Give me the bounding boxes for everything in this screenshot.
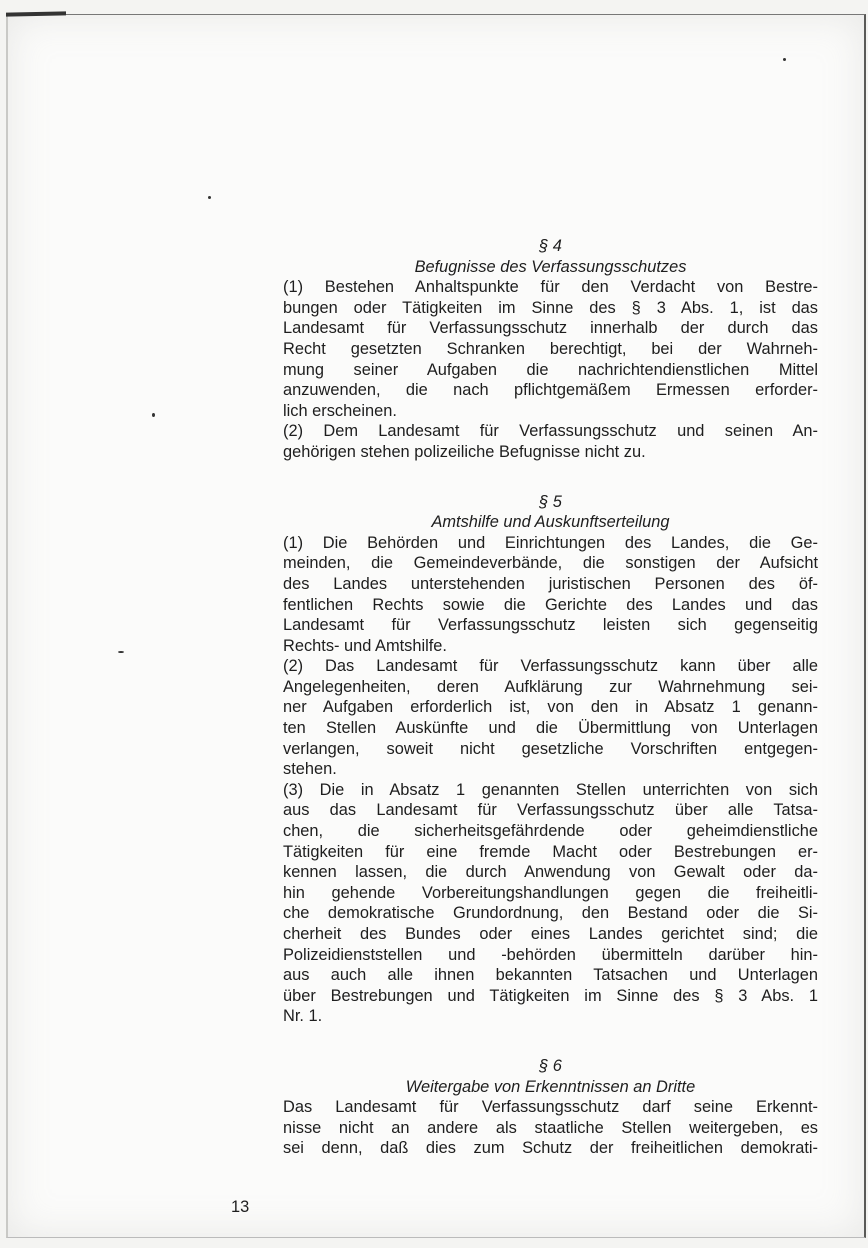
text-line: meinden, die Gemeindeverbände, die sonst… bbox=[283, 553, 818, 574]
text-line: Rechts- und Amtshilfe. bbox=[283, 636, 818, 657]
text-line: anzuwenden, die nach pflichtgemäßem Erme… bbox=[283, 380, 818, 401]
text-line: chen, die sicherheitsgefährdende oder ge… bbox=[283, 821, 818, 842]
scan-speck bbox=[152, 413, 155, 417]
text-line: sei denn, daß dies zum Schutz der freihe… bbox=[283, 1138, 818, 1159]
section-gap bbox=[283, 463, 818, 492]
section-5: § 5 Amtshilfe und Auskunftserteilung (1)… bbox=[283, 492, 818, 1027]
text-line: über Bestrebungen und Tätigkeiten im Sin… bbox=[283, 986, 818, 1007]
scan-speck bbox=[783, 58, 786, 61]
section-title: Weitergabe von Erkenntnissen an Dritte bbox=[283, 1077, 818, 1098]
text-line: (1) Bestehen Anhaltspunkte für den Verda… bbox=[283, 277, 818, 298]
text-line: fentlichen Rechts sowie die Gerichte des… bbox=[283, 595, 818, 616]
document-body: § 4 Befugnisse des Verfassungsschutzes (… bbox=[283, 236, 818, 1159]
text-line: gehörigen stehen polizeiliche Befugnisse… bbox=[283, 442, 818, 463]
text-line: Landesamt für Verfassungsschutz innerhal… bbox=[283, 318, 818, 339]
text-line: verlangen, soweit nicht gesetzliche Vors… bbox=[283, 739, 818, 760]
text-line: hin gehende Vorbereitungshandlungen gege… bbox=[283, 883, 818, 904]
text-line: kennen lassen, die durch Anwendung von G… bbox=[283, 862, 818, 883]
text-line: cherheit des Bundes oder eines Landes ge… bbox=[283, 924, 818, 945]
text-line: Das Landesamt für Verfassungsschutz darf… bbox=[283, 1097, 818, 1118]
text-line: (2) Das Landesamt für Verfassungsschutz … bbox=[283, 656, 818, 677]
text-line: ner Aufgaben erforderlich ist, von den i… bbox=[283, 697, 818, 718]
text-line: aus auch alle ihnen bekannten Tatsachen … bbox=[283, 965, 818, 986]
section-sign: § 4 bbox=[283, 236, 818, 257]
text-line: Nr. 1. bbox=[283, 1006, 818, 1027]
text-line: ten Stellen Auskünfte und die Übermittlu… bbox=[283, 718, 818, 739]
text-line: Angelegenheiten, deren Aufklärung zur Wa… bbox=[283, 677, 818, 698]
text-line: (1) Die Behörden und Einrichtungen des L… bbox=[283, 533, 818, 554]
text-line: lich erscheinen. bbox=[283, 401, 818, 422]
scan-speck bbox=[118, 651, 124, 653]
section-sign: § 6 bbox=[283, 1056, 818, 1077]
section-gap bbox=[283, 1027, 818, 1056]
text-line: des Landes unterstehenden juristischen P… bbox=[283, 574, 818, 595]
section-sign: § 5 bbox=[283, 492, 818, 513]
section-title: Befugnisse des Verfassungsschutzes bbox=[283, 257, 818, 278]
text-line: mung seiner Aufgaben die nachrichtendien… bbox=[283, 360, 818, 381]
text-line: stehen. bbox=[283, 759, 818, 780]
text-line: Recht gesetzten Schranken berechtigt, be… bbox=[283, 339, 818, 360]
text-line: Polizeidienststellen und -behörden überm… bbox=[283, 945, 818, 966]
text-line: (3) Die in Absatz 1 genannten Stellen un… bbox=[283, 780, 818, 801]
scan-speck bbox=[208, 196, 211, 199]
text-line: bungen oder Tätigkeiten im Sinne des § 3… bbox=[283, 298, 818, 319]
section-6: § 6 Weitergabe von Erkenntnissen an Drit… bbox=[283, 1056, 818, 1159]
section-4: § 4 Befugnisse des Verfassungsschutzes (… bbox=[283, 236, 818, 463]
text-line: nisse nicht an andere als staatliche Ste… bbox=[283, 1118, 818, 1139]
text-line: aus das Landesamt für Verfassungsschutz … bbox=[283, 800, 818, 821]
text-line: Tätigkeiten für eine fremde Macht oder B… bbox=[283, 842, 818, 863]
page-number: 13 bbox=[231, 1198, 249, 1217]
text-line: Landesamt für Verfassungsschutz leisten … bbox=[283, 615, 818, 636]
text-line: che demokratische Grundordnung, den Best… bbox=[283, 903, 818, 924]
text-line: (2) Dem Landesamt für Verfassungsschutz … bbox=[283, 421, 818, 442]
section-title: Amtshilfe und Auskunftserteilung bbox=[283, 512, 818, 533]
